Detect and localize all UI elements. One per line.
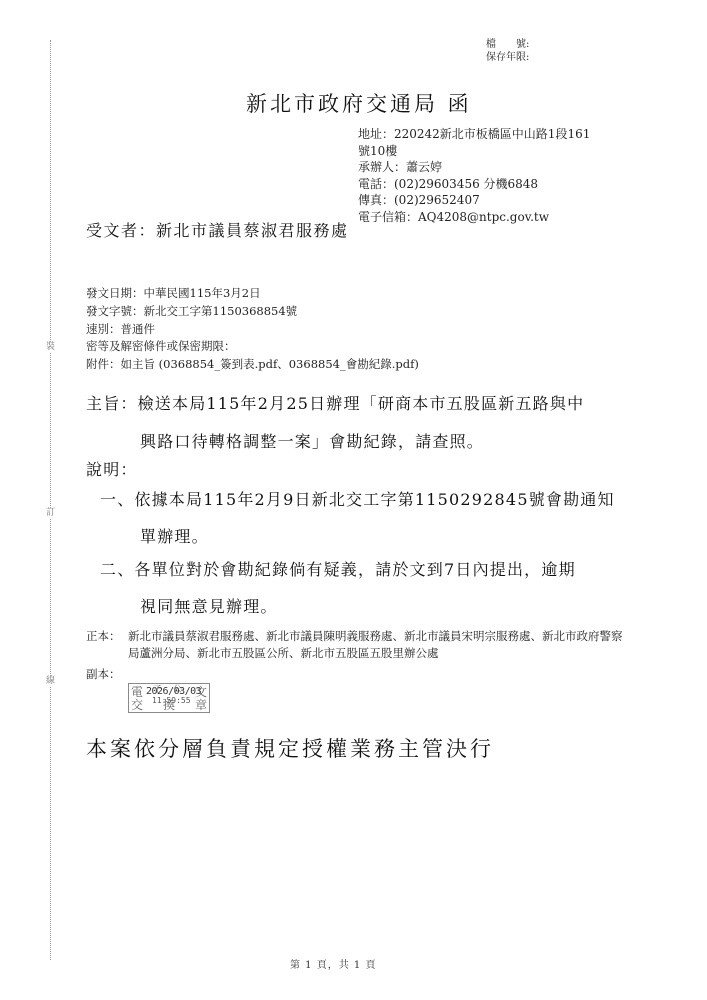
explanation-heading: 說明： bbox=[86, 457, 138, 480]
binding-mark-ding: 訂 bbox=[45, 508, 56, 518]
email: 電子信箱：AQ4208@ntpc.gov.tw bbox=[358, 209, 628, 226]
contact-block: 地址：220242新北市板橋區中山路1段161 號10樓 承辦人：蕭云婷 電話：… bbox=[358, 126, 628, 225]
attachments: 附件：如主旨 (0368854_簽到表.pdf、0368854_會勘紀錄.pdf… bbox=[86, 356, 419, 374]
document-number: 發文字號：新北交工字第1150368854號 bbox=[86, 303, 419, 321]
binding-mark-xian: 線 bbox=[45, 676, 56, 686]
electronic-exchange-stamp: 電 子 公 文 交 換 章 2026/03/03 11:59:55 bbox=[128, 683, 210, 713]
subject-line-1: 主旨：檢送本局115年2月25日辦理「研商本市五股區新五路與中 bbox=[86, 385, 646, 423]
address-line-1: 地址：220242新北市板橋區中山路1段161 bbox=[358, 126, 628, 143]
subject-line-2: 興路口待轉格調整一案」會勘紀錄，請查照。 bbox=[86, 423, 646, 461]
stamp-char: 交 bbox=[131, 699, 143, 711]
retention-period-label: 保存年限: bbox=[486, 51, 529, 64]
file-number-label: 檔 號: bbox=[486, 38, 529, 51]
classification: 密等及解密條件或保密期限： bbox=[86, 338, 419, 356]
stamp-time: 11:59:55 bbox=[152, 696, 191, 705]
decision-statement: 本案依分層負責規定授權業務主管決行 bbox=[86, 733, 494, 763]
address-line-2: 號10樓 bbox=[358, 143, 628, 160]
explanation-item-2: 二、各單位對於會勘紀錄倘有疑義，請於文到7日內提出，逾期 視同無意見辦理。 bbox=[100, 551, 660, 625]
stamp-char: 章 bbox=[195, 699, 207, 711]
issue-date: 發文日期：中華民國115年3月2日 bbox=[86, 285, 419, 303]
subject: 主旨：檢送本局115年2月25日辦理「研商本市五股區新五路與中 興路口待轉格調整… bbox=[86, 385, 646, 461]
original-value: 新北市議員蔡淑君服務處、新北市議員陳明義服務處、新北市議員宋明宗服務處、新北市政… bbox=[128, 628, 626, 662]
original-label: 正本： bbox=[86, 628, 128, 662]
binding-line bbox=[50, 40, 51, 960]
explanation-item-1-line-2: 單辦理。 bbox=[100, 518, 660, 555]
document-title: 新北市政府交通局 函 bbox=[246, 88, 472, 118]
explanation-item-1-line-1: 一、依據本局115年2月9日新北交工字第1150292845號會勘通知 bbox=[100, 481, 660, 518]
distribution: 正本： 新北市議員蔡淑君服務處、新北市議員陳明義服務處、新北市議員宋明宗服務處、… bbox=[86, 628, 626, 683]
phone: 電話：(02)29603456 分機6848 bbox=[358, 176, 628, 193]
stamp-char: 電 bbox=[131, 686, 143, 698]
original-recipients: 正本： 新北市議員蔡淑君服務處、新北市議員陳明義服務處、新北市議員宋明宗服務處、… bbox=[86, 628, 626, 662]
page-footer: 第 1 頁，共 1 頁 bbox=[290, 956, 376, 971]
handler: 承辦人：蕭云婷 bbox=[358, 159, 628, 176]
fax: 傳真：(02)29652407 bbox=[358, 192, 628, 209]
explanation-item-1: 一、依據本局115年2月9日新北交工字第1150292845號會勘通知 單辦理。 bbox=[100, 481, 660, 555]
binding-mark-zhuang: 裝 bbox=[45, 342, 56, 352]
document-meta: 發文日期：中華民國115年3月2日 發文字號：新北交工字第1150368854號… bbox=[86, 285, 419, 374]
explanation-item-2-line-1: 二、各單位對於會勘紀錄倘有疑義，請於文到7日內提出，逾期 bbox=[100, 551, 660, 588]
recipient: 受文者：新北市議員蔡淑君服務處 bbox=[86, 218, 349, 241]
copy-recipients: 副本： bbox=[86, 666, 626, 683]
copy-label: 副本： bbox=[86, 666, 128, 683]
urgency: 速別：普通件 bbox=[86, 321, 419, 339]
file-info: 檔 號: 保存年限: bbox=[486, 38, 529, 64]
explanation-item-2-line-2: 視同無意見辦理。 bbox=[100, 588, 660, 625]
